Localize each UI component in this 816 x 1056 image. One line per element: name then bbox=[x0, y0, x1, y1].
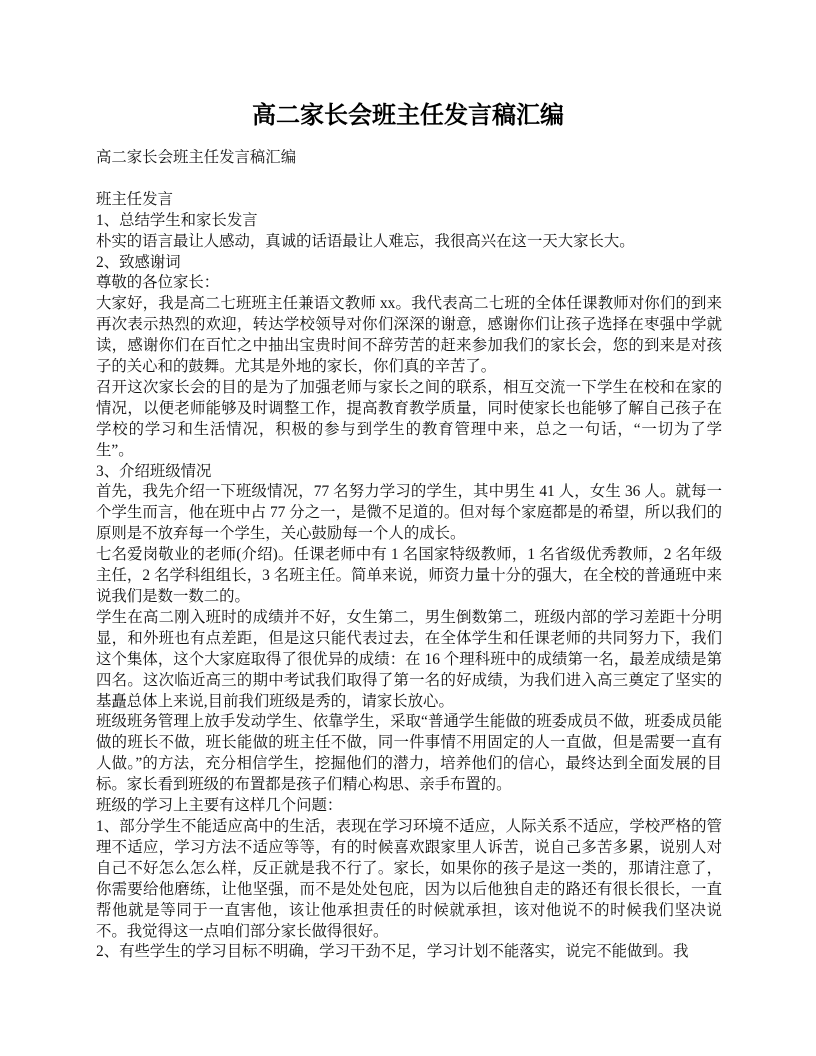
document-title: 高二家长会班主任发言稿汇编 bbox=[0, 95, 816, 130]
salutation: 尊敬的各位家长： bbox=[96, 273, 722, 294]
spacer bbox=[96, 169, 722, 190]
document-body: 高二家长会班主任发言稿汇编 班主任发言 1、总结学生和家长发言 朴实的语言最让人… bbox=[96, 148, 722, 963]
section-heading: 3、介绍班级情况 bbox=[96, 462, 722, 483]
paragraph: 学生在高二刚入班时的成绩并不好，女生第二，男生倒数第二，班级内部的学习差距十分明… bbox=[96, 608, 722, 713]
paragraph: 首先，我先介绍一下班级情况，77 名努力学习的学生，其中男生 41 人，女生 3… bbox=[96, 482, 722, 545]
paragraph: 1、部分学生不能适应高中的生活，表现在学习环境不适应，人际关系不适应，学校严格的… bbox=[96, 817, 722, 942]
section-heading: 班主任发言 bbox=[96, 190, 722, 211]
paragraph: 班级班务管理上放手发动学生、依靠学生，采取“普通学生能做的班委成员不做，班委成员… bbox=[96, 712, 722, 796]
paragraph: 朴实的语言最让人感动，真诚的话语最让人难忘，我很高兴在这一天大家长大。 bbox=[96, 232, 722, 253]
paragraph: 大家好，我是高二七班班主任兼语文教师 xx。我代表高二七班的全体任课教师对你们的… bbox=[96, 294, 722, 378]
document-subtitle: 高二家长会班主任发言稿汇编 bbox=[96, 148, 722, 169]
paragraph: 2、有些学生的学习目标不明确，学习干劲不足，学习计划不能落实，说完不能做到。我 bbox=[96, 942, 722, 963]
document-page: 高二家长会班主任发言稿汇编 高二家长会班主任发言稿汇编 班主任发言 1、总结学生… bbox=[0, 0, 816, 1056]
paragraph: 班级的学习上主要有这样几个问题： bbox=[96, 796, 722, 817]
section-heading: 2、致感谢词 bbox=[96, 253, 722, 274]
paragraph: 七名爱岗敬业的老师(介绍)。任课老师中有 1 名国家特级教师，1 名省级优秀教师… bbox=[96, 545, 722, 608]
section-heading: 1、总结学生和家长发言 bbox=[96, 211, 722, 232]
paragraph: 召开这次家长会的目的是为了加强老师与家长之间的联系，相互交流一下学生在校和在家的… bbox=[96, 378, 722, 462]
